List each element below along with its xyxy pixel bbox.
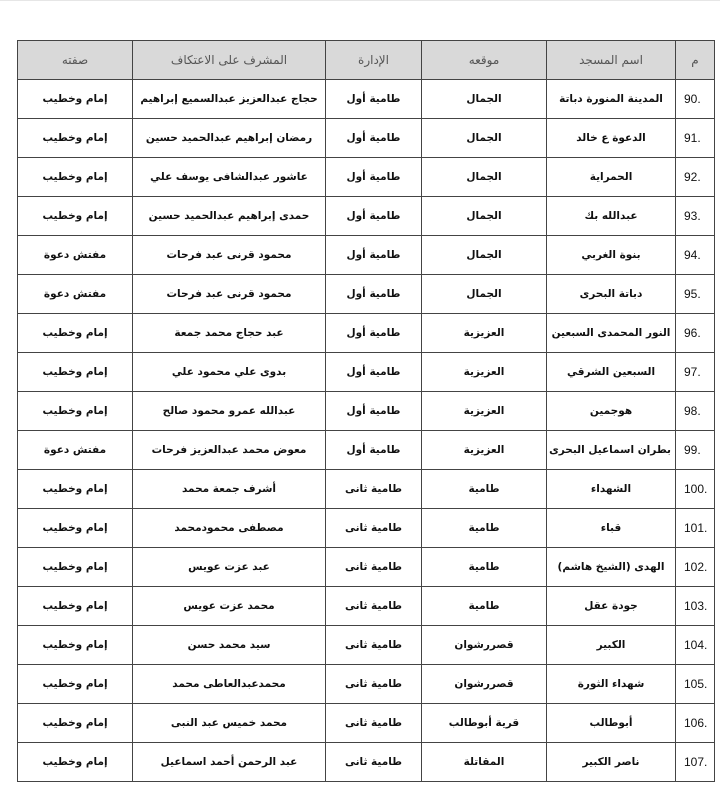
table-row: 102.الهدى (الشيخ هاشم)طاميةطامية ثانىعبد… (18, 548, 715, 587)
table-row: 92.الحمرايةالجمالطامية أولعاشور عبدالشاف… (18, 158, 715, 197)
cell-supervisor: محمد عزت عويس (133, 587, 326, 626)
cell-num: 95. (676, 275, 715, 314)
cell-location: الجمال (422, 197, 547, 236)
cell-location: طامية (422, 509, 547, 548)
cell-role: إمام وخطيب (18, 587, 133, 626)
cell-role: مفتش دعوة (18, 236, 133, 275)
cell-administration: طامية ثانى (326, 743, 422, 782)
cell-mosque-name: الكبير (547, 626, 676, 665)
cell-num: 101. (676, 509, 715, 548)
cell-num: 91. (676, 119, 715, 158)
cell-administration: طامية ثانى (326, 548, 422, 587)
table-row: 96.النور المحمدى السبعينالعزيزيةطامية أو… (18, 314, 715, 353)
cell-location: طامية (422, 587, 547, 626)
cell-mosque-name: النور المحمدى السبعين (547, 314, 676, 353)
cell-num: 94. (676, 236, 715, 275)
cell-supervisor: سيد محمد حسن (133, 626, 326, 665)
cell-role: إمام وخطيب (18, 119, 133, 158)
cell-role: إمام وخطيب (18, 548, 133, 587)
table-row: 103.جودة عقلطاميةطامية ثانىمحمد عزت عويس… (18, 587, 715, 626)
cell-supervisor: عاشور عبدالشافى يوسف علي (133, 158, 326, 197)
table-row: 105.شهداء الثورةقصررشوانطامية ثانىمحمدعب… (18, 665, 715, 704)
cell-location: العزيزية (422, 314, 547, 353)
top-divider (0, 0, 720, 1)
cell-location: قصررشوان (422, 665, 547, 704)
cell-mosque-name: بنوة الغربي (547, 236, 676, 275)
table-row: 90.المدينة المنورة دباتةالجمالطامية أولح… (18, 80, 715, 119)
cell-supervisor: رمضان إبراهيم عبدالحميد حسين (133, 119, 326, 158)
cell-num: 103. (676, 587, 715, 626)
mosque-supervisors-table: م اسم المسجد موقعه الإدارة المشرف على ال… (17, 40, 715, 782)
cell-num: 96. (676, 314, 715, 353)
cell-role: إمام وخطيب (18, 392, 133, 431)
cell-num: 100. (676, 470, 715, 509)
header-location: موقعه (422, 41, 547, 80)
table-row: 104.الكبيرقصررشوانطامية ثانىسيد محمد حسن… (18, 626, 715, 665)
cell-supervisor: بدوى علي محمود علي (133, 353, 326, 392)
cell-num: 104. (676, 626, 715, 665)
cell-mosque-name: بطران اسماعيل البحرى (547, 431, 676, 470)
cell-role: إمام وخطيب (18, 353, 133, 392)
header-num: م (676, 41, 715, 80)
cell-num: 93. (676, 197, 715, 236)
cell-role: إمام وخطيب (18, 509, 133, 548)
cell-administration: طامية أول (326, 392, 422, 431)
cell-location: العزيزية (422, 353, 547, 392)
cell-role: إمام وخطيب (18, 704, 133, 743)
cell-supervisor: مصطفى محمودمحمد (133, 509, 326, 548)
cell-administration: طامية ثانى (326, 704, 422, 743)
cell-mosque-name: الهدى (الشيخ هاشم) (547, 548, 676, 587)
cell-mosque-name: السبعين الشرقي (547, 353, 676, 392)
cell-num: 106. (676, 704, 715, 743)
cell-supervisor: حجاج عبدالعزيز عبدالسميع إبراهيم (133, 80, 326, 119)
cell-supervisor: محمدعبدالعاطى محمد (133, 665, 326, 704)
cell-administration: طامية أول (326, 314, 422, 353)
cell-mosque-name: المدينة المنورة دباتة (547, 80, 676, 119)
cell-mosque-name: الدعوة ع خالد (547, 119, 676, 158)
cell-supervisor: معوض محمد عبدالعزيز فرحات (133, 431, 326, 470)
cell-num: 102. (676, 548, 715, 587)
cell-supervisor: عبد حجاج محمد جمعة (133, 314, 326, 353)
cell-administration: طامية أول (326, 431, 422, 470)
cell-num: 97. (676, 353, 715, 392)
cell-supervisor: محمد خميس عبد النبى (133, 704, 326, 743)
table-row: 95.دباتة البحرىالجمالطامية أولمحمود قرنى… (18, 275, 715, 314)
cell-mosque-name: ناصر الكبير (547, 743, 676, 782)
cell-role: إمام وخطيب (18, 158, 133, 197)
cell-num: 105. (676, 665, 715, 704)
header-role: صفته (18, 41, 133, 80)
header-supervisor: المشرف على الاعتكاف (133, 41, 326, 80)
cell-administration: طامية ثانى (326, 665, 422, 704)
cell-num: 99. (676, 431, 715, 470)
cell-supervisor: عبدالله عمرو محمود صالح (133, 392, 326, 431)
cell-location: طامية (422, 470, 547, 509)
cell-num: 92. (676, 158, 715, 197)
cell-role: مفتش دعوة (18, 275, 133, 314)
cell-location: العزيزية (422, 431, 547, 470)
cell-mosque-name: الشهداء (547, 470, 676, 509)
table-row: 100.الشهداءطاميةطامية ثانىأشرف جمعة محمد… (18, 470, 715, 509)
cell-role: إمام وخطيب (18, 197, 133, 236)
cell-supervisor: عبد الرحمن أحمد اسماعيل (133, 743, 326, 782)
table-row: 98.هوجمينالعزيزيةطامية أولعبدالله عمرو م… (18, 392, 715, 431)
cell-administration: طامية أول (326, 236, 422, 275)
cell-administration: طامية ثانى (326, 470, 422, 509)
cell-location: قصررشوان (422, 626, 547, 665)
cell-administration: طامية أول (326, 80, 422, 119)
cell-mosque-name: دباتة البحرى (547, 275, 676, 314)
header-administration: الإدارة (326, 41, 422, 80)
table-row: 97.السبعين الشرقيالعزيزيةطامية أولبدوى ع… (18, 353, 715, 392)
header-row: م اسم المسجد موقعه الإدارة المشرف على ال… (18, 41, 715, 80)
cell-num: 90. (676, 80, 715, 119)
cell-administration: طامية ثانى (326, 509, 422, 548)
cell-mosque-name: هوجمين (547, 392, 676, 431)
cell-role: إمام وخطيب (18, 665, 133, 704)
cell-location: الجمال (422, 158, 547, 197)
cell-location: الجمال (422, 275, 547, 314)
cell-role: إمام وخطيب (18, 743, 133, 782)
cell-administration: طامية أول (326, 158, 422, 197)
table-row: 93.عبدالله بكالجمالطامية أولحمدى إبراهيم… (18, 197, 715, 236)
cell-supervisor: حمدى إبراهيم عبدالحميد حسين (133, 197, 326, 236)
cell-supervisor: عبد عزت عويس (133, 548, 326, 587)
cell-mosque-name: جودة عقل (547, 587, 676, 626)
cell-mosque-name: شهداء الثورة (547, 665, 676, 704)
cell-location: الجمال (422, 236, 547, 275)
cell-administration: طامية أول (326, 275, 422, 314)
cell-mosque-name: عبدالله بك (547, 197, 676, 236)
cell-num: 107. (676, 743, 715, 782)
cell-location: الجمال (422, 119, 547, 158)
cell-administration: طامية أول (326, 119, 422, 158)
cell-role: إمام وخطيب (18, 80, 133, 119)
cell-supervisor: محمود قرنى عبد فرحات (133, 275, 326, 314)
cell-location: قرية أبوطالب (422, 704, 547, 743)
cell-mosque-name: الحمراية (547, 158, 676, 197)
table-row: 94.بنوة الغربيالجمالطامية أولمحمود قرنى … (18, 236, 715, 275)
cell-administration: طامية ثانى (326, 626, 422, 665)
cell-mosque-name: أبوطالب (547, 704, 676, 743)
cell-administration: طامية أول (326, 353, 422, 392)
cell-role: إمام وخطيب (18, 314, 133, 353)
cell-mosque-name: قباء (547, 509, 676, 548)
cell-role: مفتش دعوة (18, 431, 133, 470)
cell-location: المقاتلة (422, 743, 547, 782)
cell-location: الجمال (422, 80, 547, 119)
cell-administration: طامية ثانى (326, 587, 422, 626)
cell-administration: طامية أول (326, 197, 422, 236)
cell-supervisor: أشرف جمعة محمد (133, 470, 326, 509)
table-row: 107.ناصر الكبيرالمقاتلةطامية ثانىعبد الر… (18, 743, 715, 782)
table-row: 106.أبوطالبقرية أبوطالبطامية ثانىمحمد خم… (18, 704, 715, 743)
table-row: 101.قباءطاميةطامية ثانىمصطفى محمودمحمدإم… (18, 509, 715, 548)
cell-role: إمام وخطيب (18, 626, 133, 665)
cell-supervisor: محمود قرنى عبد فرحات (133, 236, 326, 275)
cell-location: العزيزية (422, 392, 547, 431)
cell-num: 98. (676, 392, 715, 431)
table-row: 91.الدعوة ع خالدالجمالطامية أولرمضان إبر… (18, 119, 715, 158)
table-row: 99.بطران اسماعيل البحرىالعزيزيةطامية أول… (18, 431, 715, 470)
cell-role: إمام وخطيب (18, 470, 133, 509)
cell-location: طامية (422, 548, 547, 587)
header-mosque-name: اسم المسجد (547, 41, 676, 80)
